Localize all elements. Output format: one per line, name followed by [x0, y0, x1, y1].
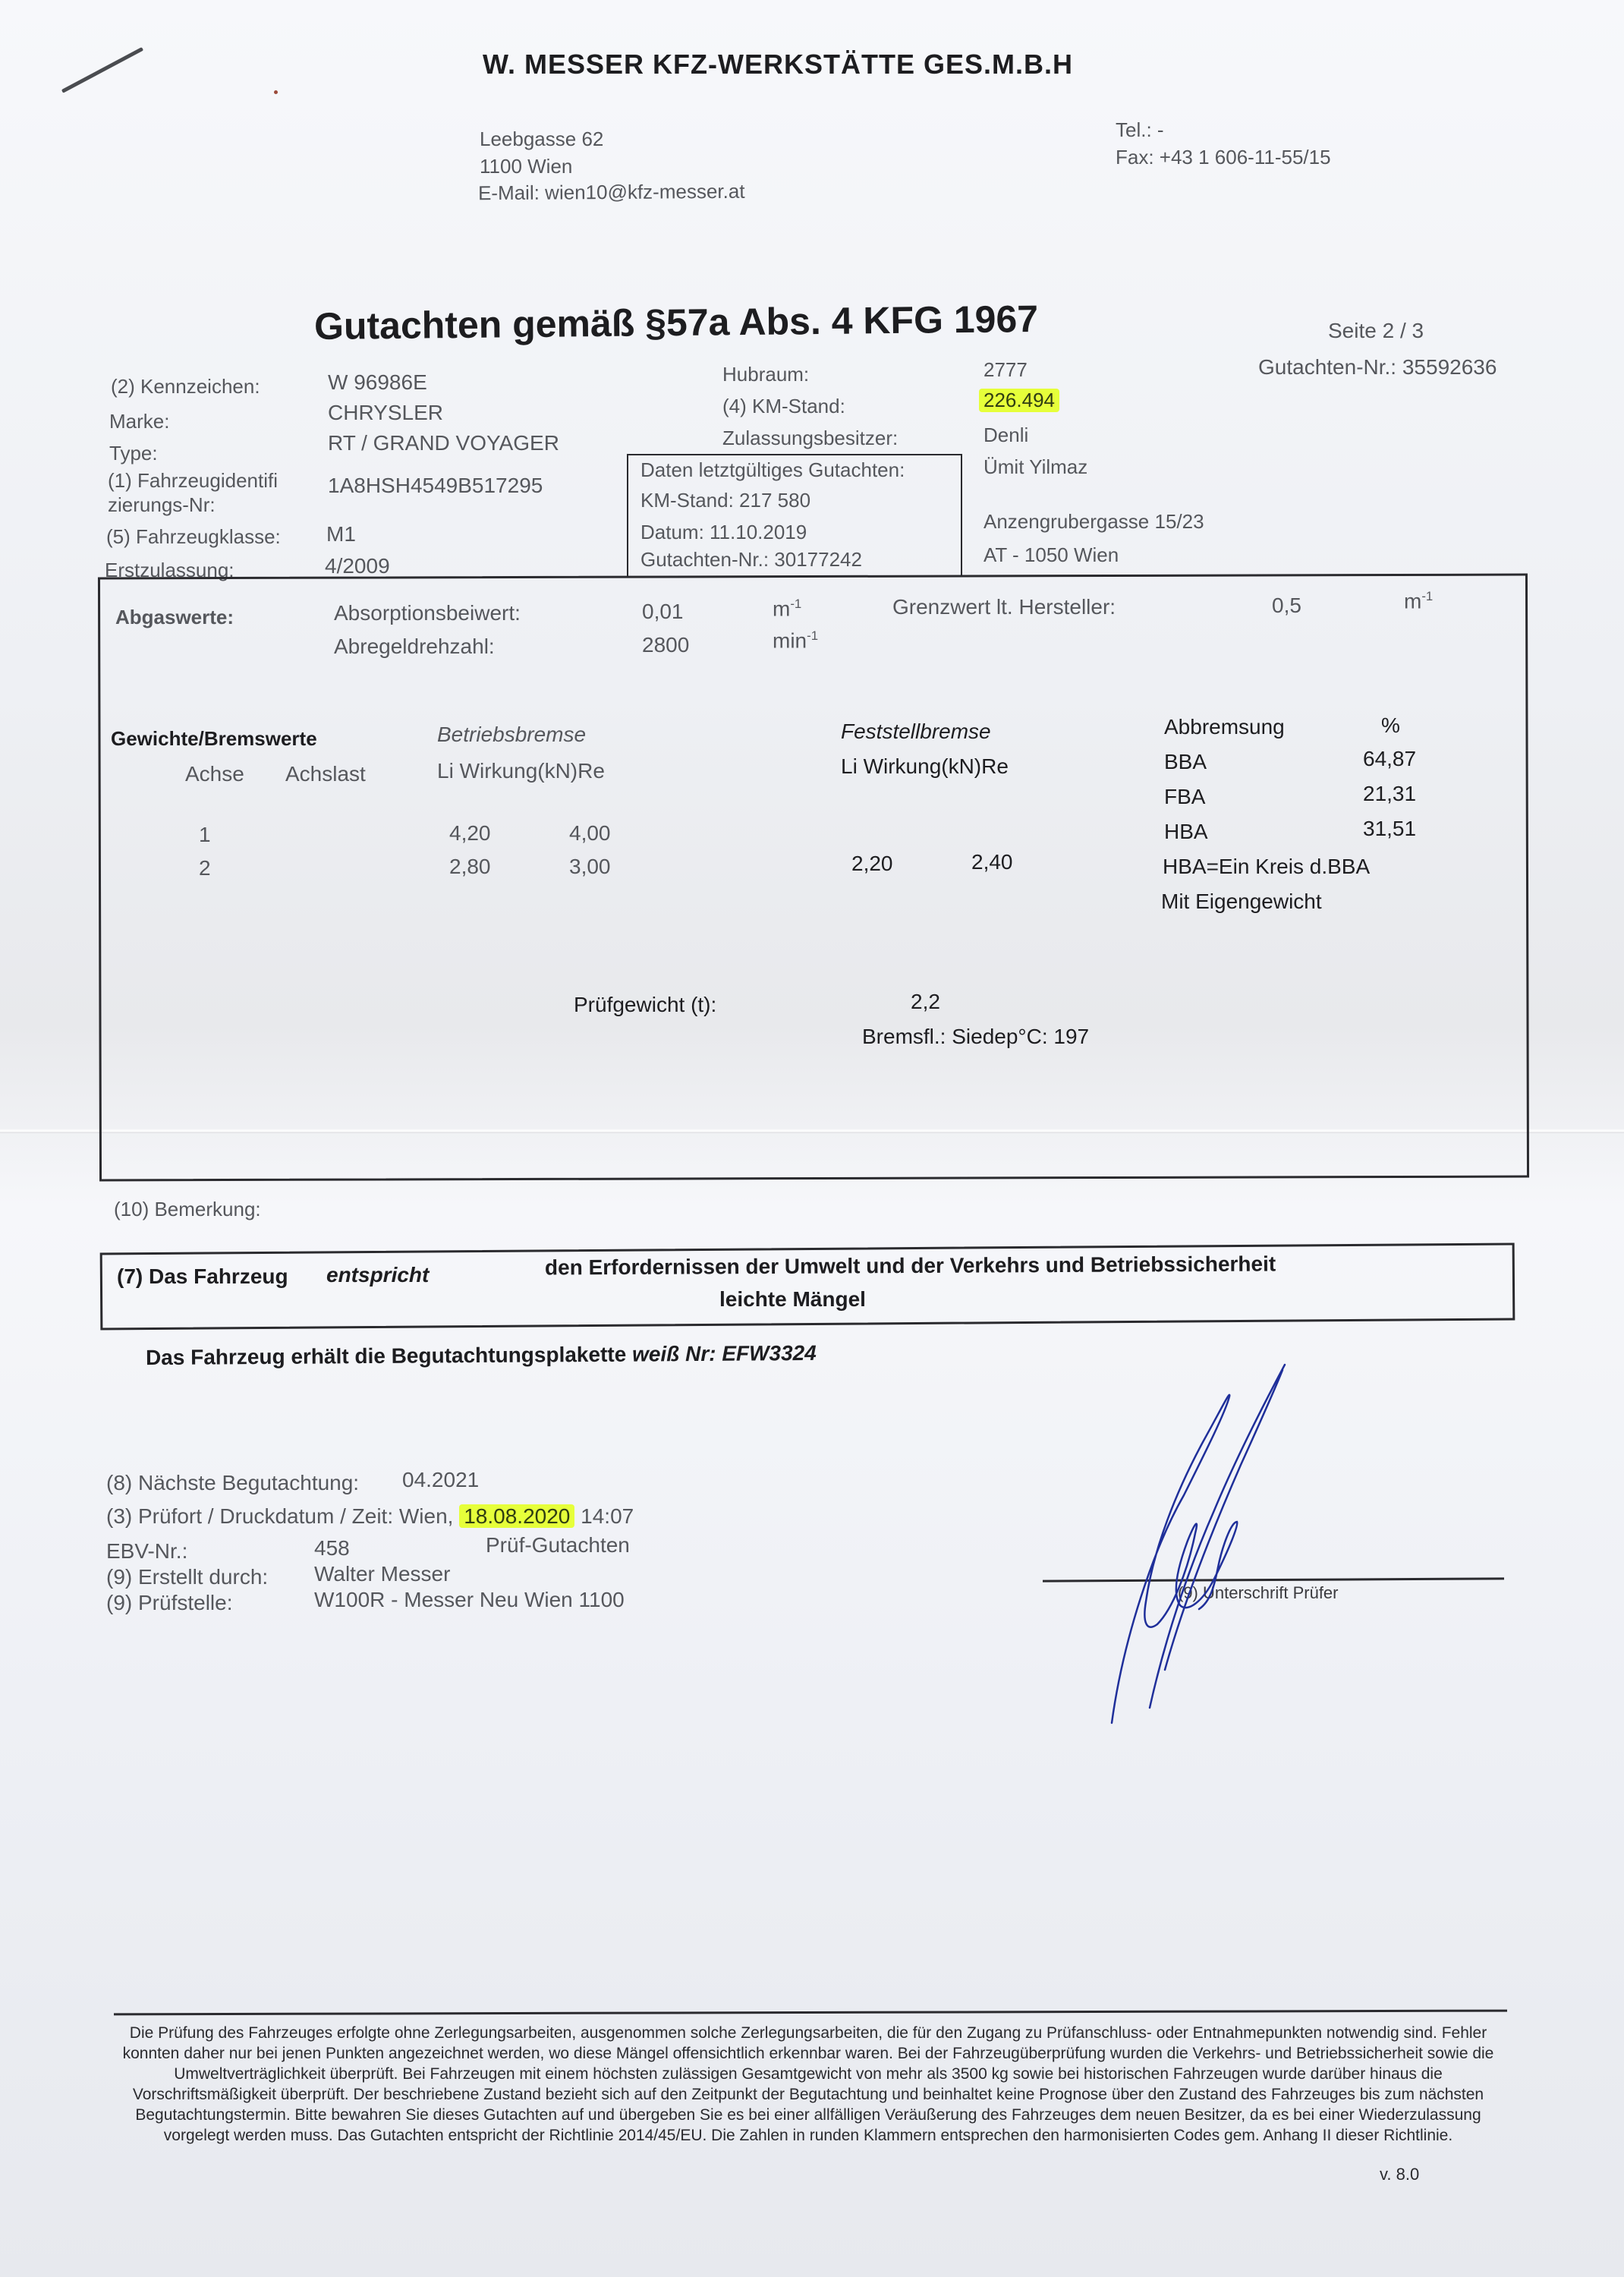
abbremsung-label: Abbremsung — [1164, 715, 1285, 739]
plakette-line: Das Fahrzeug erhält die Begutachtungspla… — [146, 1341, 817, 1370]
row-achse: 2 — [199, 856, 211, 880]
row-bb-re: 4,00 — [569, 821, 611, 846]
gutachten-art: Prüf-Gutachten — [486, 1533, 630, 1557]
bba-value: 64,87 — [1363, 747, 1416, 771]
ebv-label: EBV-Nr.: — [106, 1539, 187, 1564]
company-street: Leebgasse 62 — [480, 128, 603, 151]
plakette-number: weiß Nr: EFW3324 — [632, 1341, 817, 1366]
row-bb-re: 3,00 — [569, 855, 611, 879]
feststellbremse-heading: Feststellbremse — [841, 720, 991, 744]
klasse-label: (5) Fahrzeugklasse: — [106, 525, 281, 549]
betriebsbremse-heading: Betriebsbremse — [437, 723, 586, 747]
pruefgewicht-label: Prüfgewicht (t): — [574, 993, 716, 1017]
report-number: Gutachten-Nr.: 35592636 — [1258, 355, 1497, 379]
bemerkung-label: (10) Bemerkung: — [114, 1198, 261, 1221]
page-indicator: Seite 2 / 3 — [1328, 319, 1424, 343]
ebv-value: 458 — [314, 1536, 350, 1561]
hba-value: 31,51 — [1363, 817, 1416, 841]
col-achslast: Achslast — [285, 762, 366, 786]
fba-label: FBA — [1164, 785, 1205, 809]
bremsfluessigkeit: Bremsfl.: Siedep°C: 197 — [862, 1025, 1089, 1049]
marke-value: CHRYSLER — [328, 401, 443, 425]
company-city: 1100 Wien — [480, 155, 572, 178]
fin-label-line2: zierungs-Nr: — [108, 493, 216, 517]
type-label: Type: — [109, 442, 158, 465]
result-text: den Erfordernissen der Umwelt und der Ve… — [545, 1252, 1276, 1280]
erstzulassung-value: 4/2009 — [325, 554, 390, 578]
drehzahl-label: Abregeldrehzahl: — [334, 635, 495, 659]
row-bb-li: 2,80 — [449, 855, 491, 879]
pruefstelle-label: (9) Prüfstelle: — [106, 1591, 233, 1615]
fba-value: 21,31 — [1363, 782, 1416, 806]
row-fb-re: 2,40 — [971, 850, 1013, 874]
col-achse: Achse — [185, 762, 244, 786]
previous-report-number: Gutachten-Nr.: 30177242 — [640, 548, 862, 572]
besitzer-street: Anzengrubergasse 15/23 — [984, 510, 1204, 534]
naechste-begutachtung-value: 04.2021 — [402, 1468, 479, 1492]
absorption-label: Absorptionsbeiwert: — [334, 601, 521, 625]
hba-label: HBA — [1164, 820, 1208, 844]
pruefstelle-value: W100R - Messer Neu Wien 1100 — [314, 1588, 625, 1612]
drehzahl-value: 2800 — [642, 633, 689, 657]
company-email[interactable]: E-Mail: wien10@kfz-messer.at — [478, 180, 745, 205]
plakette-text: Das Fahrzeug erhält die Begutachtungspla… — [146, 1343, 626, 1369]
hubraum-label: Hubraum: — [722, 363, 809, 386]
previous-report-km: KM-Stand: 217 580 — [640, 489, 810, 512]
company-tel: Tel.: - — [1116, 118, 1164, 142]
besitzer-name1: Denli — [984, 424, 1028, 447]
grenzwert-unit: m-1 — [1404, 589, 1433, 613]
abgas-label: Abgaswerte: — [115, 606, 234, 629]
result-defects: leichte Mängel — [719, 1287, 866, 1312]
eigengewicht-note: Mit Eigengewicht — [1161, 890, 1322, 914]
previous-report-date: Datum: 11.10.2019 — [640, 521, 807, 544]
version-label: v. 8.0 — [1380, 2165, 1419, 2184]
row-fb-li: 2,20 — [851, 852, 893, 876]
km-stand-value: 226.494 — [979, 389, 1059, 412]
pruefort-label: (3) Prüfort / Druckdatum / Zeit: Wien, — [106, 1504, 453, 1528]
result-verdict: entspricht — [326, 1263, 429, 1287]
pruefort-line: (3) Prüfort / Druckdatum / Zeit: Wien, 1… — [106, 1504, 634, 1529]
fin-label-line1: (1) Fahrzeugidentifi — [108, 469, 278, 493]
grenzwert-label: Grenzwert lt. Hersteller: — [892, 595, 1116, 619]
kennzeichen-label: (2) Kennzeichen: — [111, 375, 260, 398]
hubraum-value: 2777 — [984, 358, 1028, 382]
klasse-value: M1 — [326, 522, 356, 546]
kennzeichen-value: W 96986E — [328, 370, 427, 395]
fin-value: 1A8HSH4549B517295 — [328, 474, 543, 498]
staple-mark — [61, 47, 143, 93]
abbremsung-percent: % — [1381, 713, 1400, 738]
besitzer-city: AT - 1050 Wien — [984, 543, 1119, 567]
absorption-unit: m-1 — [773, 597, 801, 621]
bba-label: BBA — [1164, 750, 1207, 774]
feststellbremse-wirkung: Li Wirkung(kN)Re — [841, 754, 1009, 779]
signature-icon — [1032, 1351, 1525, 1746]
type-value: RT / GRAND VOYAGER — [328, 431, 559, 455]
marke-label: Marke: — [109, 410, 169, 433]
company-name: W. MESSER KFZ-WERKSTÄTTE GES.M.B.H — [483, 49, 1073, 80]
erstellt-label: (9) Erstellt durch: — [106, 1565, 268, 1589]
disclaimer-text: Die Prüfung des Fahrzeuges erfolgte ohne… — [114, 2023, 1503, 2146]
disclaimer-rule — [114, 2010, 1507, 2016]
row-bb-li: 4,20 — [449, 821, 491, 846]
pruefzeit: 14:07 — [581, 1504, 634, 1528]
grenzwert-value: 0,5 — [1272, 594, 1301, 618]
besitzer-name2: Ümit Yilmaz — [984, 455, 1087, 479]
hba-note: HBA=Ein Kreis d.BBA — [1163, 855, 1370, 879]
result-prefix: (7) Das Fahrzeug — [117, 1264, 288, 1289]
besitzer-label: Zulassungsbesitzer: — [722, 427, 898, 450]
previous-report-heading: Daten letztgültiges Gutachten: — [640, 458, 905, 482]
ink-dot — [274, 90, 278, 94]
naechste-begutachtung-label: (8) Nächste Begutachtung: — [106, 1471, 359, 1495]
document-title: Gutachten gemäß §57a Abs. 4 KFG 1967 — [314, 297, 1039, 348]
betriebsbremse-wirkung: Li Wirkung(kN)Re — [437, 759, 605, 783]
erstellt-value: Walter Messer — [314, 1562, 450, 1586]
brakes-section-label: Gewichte/Bremswerte — [111, 727, 317, 751]
pruefdatum: 18.08.2020 — [459, 1504, 574, 1528]
row-achse: 1 — [199, 823, 211, 847]
company-fax: Fax: +43 1 606-11-55/15 — [1116, 146, 1331, 169]
pruefgewicht-value: 2,2 — [911, 990, 940, 1014]
km-stand-label: (4) KM-Stand: — [722, 395, 845, 418]
absorption-value: 0,01 — [642, 600, 684, 624]
drehzahl-unit: min-1 — [773, 628, 818, 653]
